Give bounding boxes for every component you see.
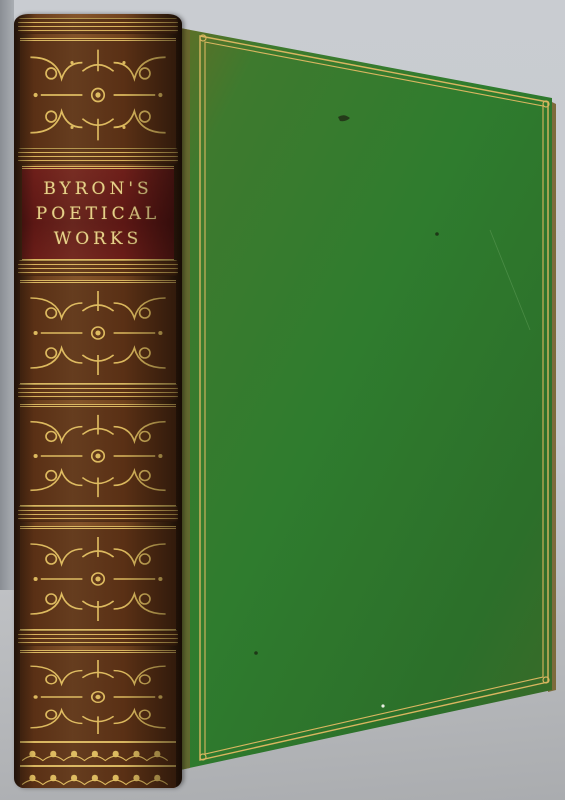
spine-ornament-panel-4: [20, 526, 176, 632]
spine-ornament-panel-2: [20, 280, 176, 386]
arabesque-ornament-icon: [20, 653, 176, 741]
spine-raised-band-2: [18, 260, 178, 276]
spine-ornament-panel-1: [20, 38, 176, 152]
spine-raised-band-4: [18, 506, 178, 522]
floral-border-icon: [20, 767, 176, 788]
arabesque-ornament-icon: [20, 41, 176, 149]
spine-title-label: BYRON'S POETICAL WORKS: [22, 166, 174, 262]
arabesque-ornament-icon: [20, 283, 176, 383]
floral-border-icon: [20, 743, 176, 765]
spine-tail-flower-band-1: [20, 742, 176, 766]
spine-head-band: [18, 18, 178, 34]
spine-raised-band-1: [18, 148, 178, 164]
spine-ornament-panel-5: [20, 650, 176, 744]
title-line-2: POETICAL: [36, 202, 160, 227]
title-line-3: WORKS: [54, 227, 143, 252]
spine-tail-flower-band-2: [20, 766, 176, 788]
arabesque-ornament-icon: [20, 529, 176, 629]
spine-raised-band-5: [18, 630, 178, 646]
book-spine: BYRON'S POETICAL WORKS: [14, 14, 182, 788]
arabesque-ornament-icon: [20, 407, 176, 505]
spine-raised-band-3: [18, 384, 178, 400]
spine-ornament-panel-3: [20, 404, 176, 508]
title-line-1: BYRON'S: [43, 177, 152, 202]
